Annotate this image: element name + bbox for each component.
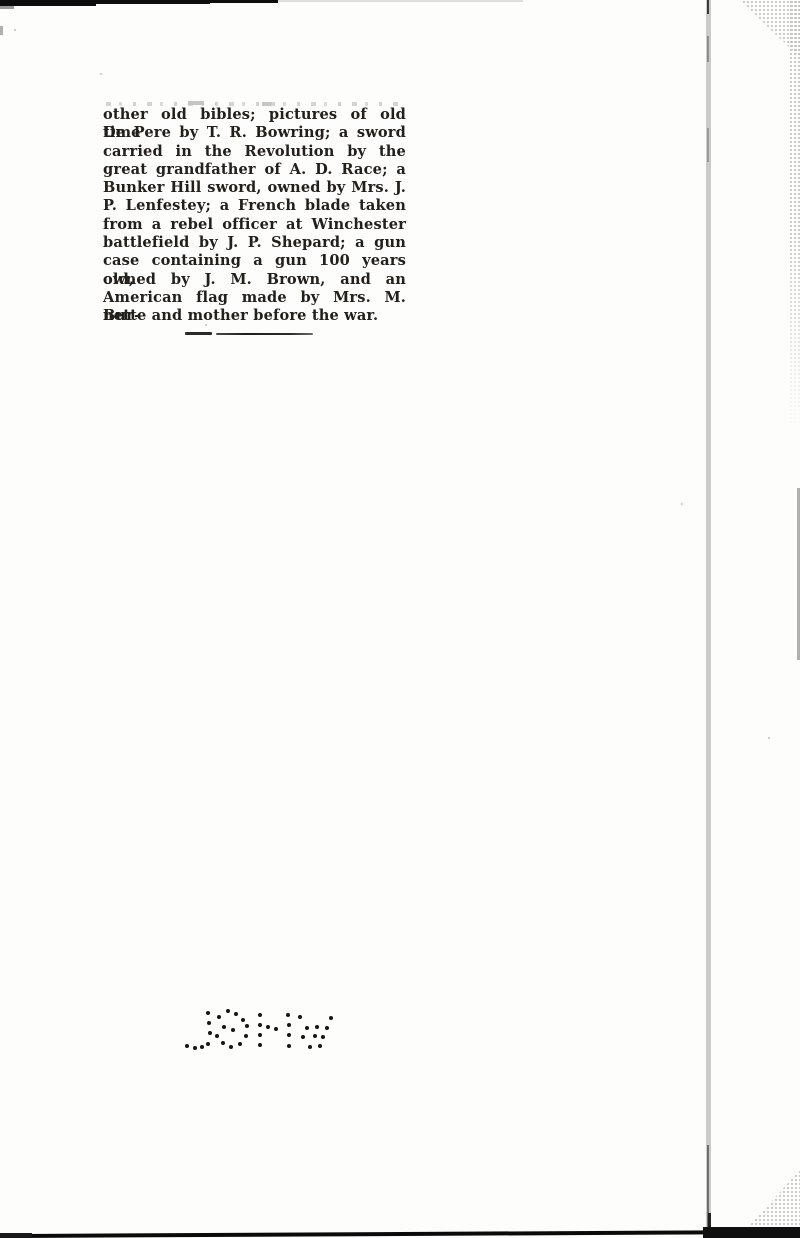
scan-speck	[681, 503, 683, 505]
scan-artifact-top-edge	[60, 0, 210, 4]
album-page-crease-line	[706, 0, 711, 1238]
crease-dark-tick	[707, 0, 709, 14]
halftone-noise-bottom-right	[738, 1158, 800, 1238]
perforation-dot	[321, 1035, 325, 1039]
scan-speck	[100, 73, 102, 75]
perforation-dot	[258, 1033, 262, 1037]
perforation-dot	[274, 1027, 278, 1031]
divider-rule-short	[185, 332, 212, 335]
clipping-text-line: Bunker Hill sword, owned by Mrs. J.	[103, 179, 406, 197]
clipping-text-line: P. Lenfestey; a French blade taken	[103, 197, 406, 215]
perforation-dot	[193, 1046, 197, 1050]
clipping-text-line: American flag made by Mrs. M. Bur-	[103, 289, 406, 307]
perforation-dot	[266, 1025, 270, 1029]
scan-artifact-top-edge	[200, 0, 278, 3]
scan-artifact-top-left-mark	[0, 6, 14, 9]
perforation-dot	[301, 1035, 305, 1039]
perforation-dot	[305, 1026, 309, 1030]
perforation-dot	[287, 1044, 291, 1048]
perforation-dot	[229, 1045, 233, 1049]
crease-dark-tick	[707, 128, 709, 162]
perforation-dot	[215, 1034, 219, 1038]
perforation-dot	[325, 1026, 329, 1030]
perforation-dot	[313, 1034, 317, 1038]
clipping-text-line: case containing a gun 100 years old,	[103, 252, 406, 270]
newspaper-clipping: other old bibles; pictures of old timeDe…	[103, 106, 406, 326]
scan-speck	[14, 29, 16, 31]
perforation-dot	[329, 1016, 333, 1020]
clipping-text-line: owned by J. M. Brown, and an	[103, 271, 406, 289]
perforation-dot	[234, 1012, 238, 1016]
scan-speck	[768, 737, 770, 739]
perforation-dot	[231, 1028, 235, 1032]
clipping-text-line: battlefield by J. P. Shepard; a gun	[103, 234, 406, 252]
scan-artifact-bottom-left	[0, 1233, 32, 1238]
scan-artifact-bottom-edge	[0, 1230, 800, 1238]
perforation-dot	[217, 1015, 221, 1019]
crease-dark-tick	[707, 36, 709, 62]
perforation-dot	[185, 1044, 189, 1048]
perforation-dot	[208, 1031, 212, 1035]
clipping-text-line: other old bibles; pictures of old time	[103, 106, 406, 124]
perforation-dot	[241, 1018, 245, 1022]
ink-speck	[205, 324, 207, 326]
clipping-text-line: carried in the Revolution by the	[103, 143, 406, 161]
perforation-dot	[287, 1023, 291, 1027]
perforation-dot	[287, 1033, 291, 1037]
perforation-dot	[286, 1013, 290, 1017]
perforation-dot	[245, 1024, 249, 1028]
perforation-dot	[258, 1023, 262, 1027]
perforation-dot	[244, 1034, 248, 1038]
perforation-dot	[318, 1044, 322, 1048]
cutoff-print-smudge	[188, 101, 204, 105]
divider-rule-long	[216, 333, 313, 335]
perforation-dot	[221, 1041, 225, 1045]
perforation-dot	[258, 1043, 262, 1047]
scan-artifact-left-edge-tick	[0, 26, 3, 35]
perforation-dot	[315, 1025, 319, 1029]
clipping-text-line: De Pere by T. R. Bowring; a sword	[103, 124, 406, 142]
perforation-dot	[206, 1042, 210, 1046]
halftone-noise-right-edge	[789, 0, 800, 430]
perforation-dot	[206, 1011, 210, 1015]
clipping-text-line: great grandfather of A. D. Race; a	[103, 161, 406, 179]
perforation-dot	[298, 1015, 302, 1019]
perforation-dot	[238, 1042, 242, 1046]
perforation-dot	[226, 1009, 230, 1013]
clipping-text-line: nette and mother before the war.	[103, 307, 406, 325]
scan-artifact-bottom-right	[703, 1227, 800, 1238]
perforation-dot	[258, 1013, 262, 1017]
scan-artifact-top-edge-faint	[278, 0, 523, 2]
perforation-dot	[200, 1045, 204, 1049]
perforation-dot	[308, 1045, 312, 1049]
perforation-dot	[222, 1025, 226, 1029]
perforation-dot	[207, 1021, 211, 1025]
clipping-text-line: from a rebel officer at Winchester	[103, 216, 406, 234]
